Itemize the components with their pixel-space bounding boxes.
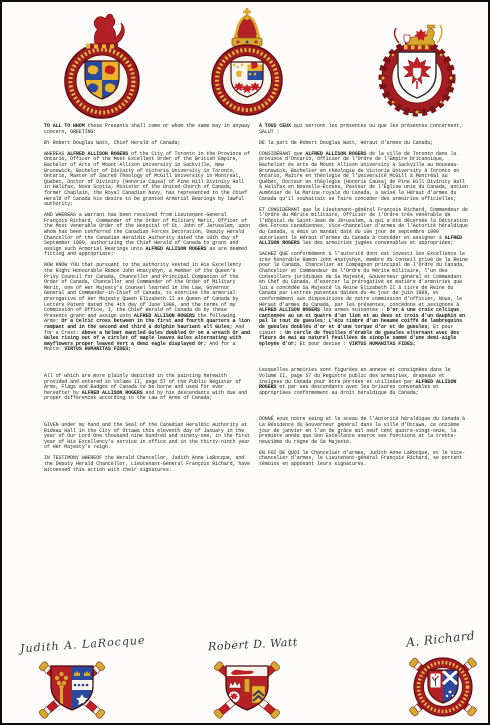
letters-patent-page: TO ALL TO WHOM these Presents shall come… <box>0 0 490 725</box>
paragraph: TO ALL TO WHOM these Presents shall come… <box>44 124 250 135</box>
text-segment: SACHEZ QUE conformément à l'autorité don… <box>259 251 468 307</box>
text-segment: DE la part de Robert Douglas Watt, Hérau… <box>259 140 433 146</box>
paragraph: WHEREAS ALFRED ALLISON ROGERS of the Cit… <box>44 152 250 208</box>
french-text-column: À TOUS CEUX qui verront les présentes ou… <box>259 124 469 473</box>
text-segment: de la ville de Toronto dans la province … <box>259 151 468 202</box>
text-segment: ET CONSIDÉRANT que le Lieutenant-général… <box>259 207 468 241</box>
paragraph: Lesquelles armoiries sont figurées en an… <box>259 368 469 396</box>
text-segment: NOW KNOW YOU that pursuant to the author… <box>44 262 241 318</box>
chief-herald-badge-icon <box>202 652 292 725</box>
text-segment: of the City of Toronto in the Province o… <box>44 151 250 207</box>
maple-leaf-wreath-badge-icon <box>371 7 463 124</box>
paragraph: GIVEN under my hand and the Seal of the … <box>44 423 250 451</box>
paragraph: SACHEZ QUE conformément à l'autorité don… <box>259 252 469 347</box>
paragraph: À TOUS CEUX qui verront les présentes ou… <box>259 124 469 135</box>
paragraph: DONNÉ sous notre seing et le sceau de l'… <box>259 417 469 445</box>
herald-chancellor-badge-icon <box>26 652 118 725</box>
paragraph: AND WHEREAS a Warrant has been received … <box>44 213 250 258</box>
text-segment: BY Robert Douglas Watt, Chief Herald of … <box>44 140 180 146</box>
paragraph: DE la part de Robert Douglas Watt, Hérau… <box>259 141 469 147</box>
text-segment: Et pour devise : <box>297 341 349 347</box>
english-text-column: TO ALL TO WHOM these Presents shall come… <box>44 124 250 479</box>
text-segment: les des armoiries jugées convenables et … <box>300 240 454 246</box>
bold-text-segment: VIRTUS HUMANITAS FIDES; <box>64 346 131 352</box>
paragraph: ET CONSIDÉRANT que le Lieutenant-général… <box>259 208 469 247</box>
paragraph: CONSIDÉRANT que ALFRED ALLISON ROGERS de… <box>259 152 469 202</box>
text-segment: EN FOI DE QUOI le Chancelier d'armes, Ju… <box>259 450 465 467</box>
text-segment: et par ses descendants avec les brisures… <box>259 384 439 396</box>
bold-text-segment: VIRTUS HUMANITAS FIDES; <box>349 341 416 347</box>
text-segment: GIVEN under my hand and the Seal of the … <box>44 422 250 450</box>
bold-text-segment: ALFRED ALLISON ROGERS <box>146 246 207 252</box>
paragraph: All of which are more plainly depicted i… <box>44 374 250 402</box>
crowned-royal-seal-icon <box>201 6 293 125</box>
signature-chief-herald: Robert D. Watt <box>208 636 298 654</box>
lion-rampant-badge-icon <box>56 9 148 126</box>
paragraph: EN FOI DE QUOI le Chancelier d'armes, Ju… <box>259 451 469 468</box>
text-segment: IN TESTIMONY WHEREOF the Herald Chancell… <box>44 455 250 472</box>
paragraph: NOW KNOW YOU that pursuant to the author… <box>44 263 250 353</box>
paragraph: BY Robert Douglas Watt, Chief Herald of … <box>44 141 250 147</box>
text-segment: DONNÉ sous notre seing et le sceau de l'… <box>259 416 465 444</box>
bold-text-segment: Or a Celtic cross between in the first a… <box>44 318 250 330</box>
paragraph: IN TESTIMONY WHEREOF the Herald Chancell… <box>44 456 250 473</box>
deputy-herald-chancellor-badge-icon <box>398 648 488 725</box>
signature-deputy-herald-chancellor: A. Richard <box>405 628 475 649</box>
